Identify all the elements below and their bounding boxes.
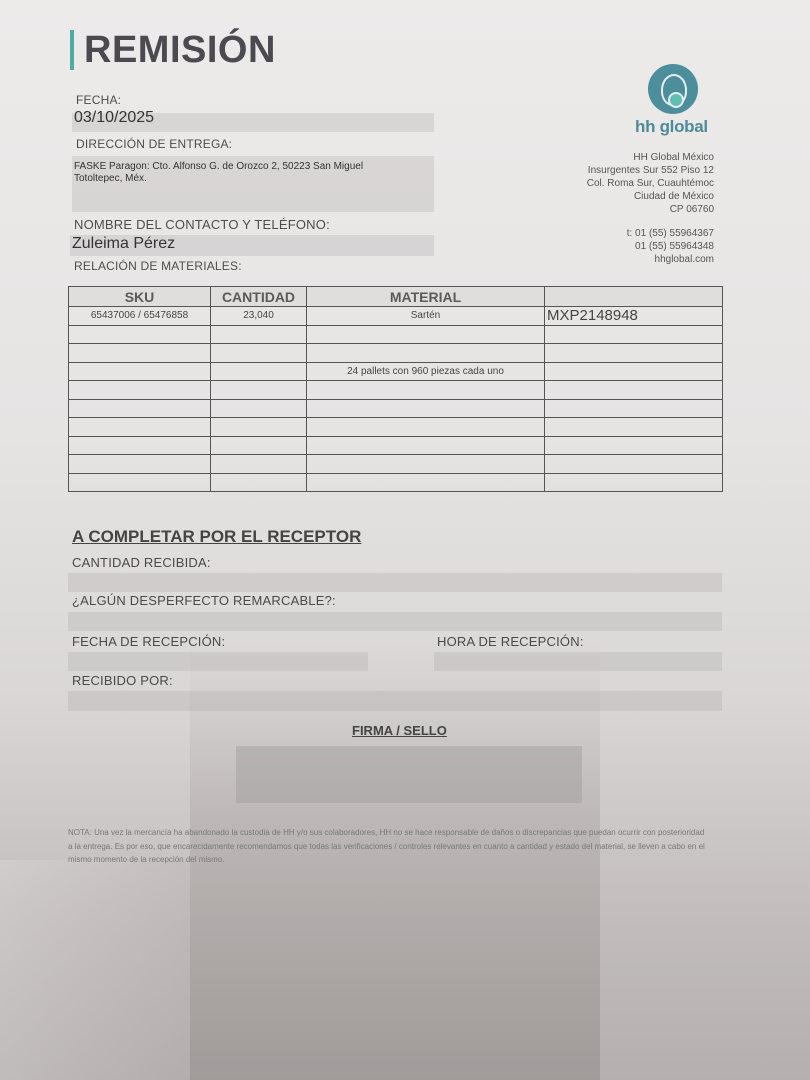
table-row bbox=[69, 325, 723, 344]
material-cell bbox=[307, 473, 545, 492]
sku-cell bbox=[69, 455, 211, 474]
material-cell bbox=[307, 399, 545, 418]
phone-1: t: 01 (55) 55964367 bbox=[627, 227, 714, 240]
code-cell bbox=[545, 362, 723, 381]
desperfecto-field[interactable] bbox=[68, 612, 722, 631]
material-cell bbox=[307, 455, 545, 474]
table-row bbox=[69, 455, 723, 474]
sku-cell bbox=[69, 381, 211, 400]
sku-cell bbox=[69, 344, 211, 363]
code-cell bbox=[545, 381, 723, 400]
materiales-label: RELACIÓN DE MATERIALES: bbox=[74, 259, 242, 273]
table-row: 24 pallets con 960 piezas cada uno bbox=[69, 362, 723, 381]
cantidad-cell: 23,040 bbox=[211, 307, 307, 326]
material-cell bbox=[307, 381, 545, 400]
signature-box[interactable] bbox=[236, 746, 582, 803]
cantidad-cell bbox=[211, 436, 307, 455]
address-line: CP 06760 bbox=[587, 203, 714, 216]
recibido-por-label: RECIBIDO POR: bbox=[72, 673, 173, 688]
firma-sello-label: FIRMA / SELLO bbox=[352, 723, 447, 738]
material-cell bbox=[307, 325, 545, 344]
sku-cell: 65437006 / 65476858 bbox=[69, 307, 211, 326]
code-cell bbox=[545, 473, 723, 492]
hora-recepcion-label: HORA DE RECEPCIÓN: bbox=[437, 634, 584, 649]
address-line: Col. Roma Sur, Cuauhtémoc bbox=[587, 177, 714, 190]
cantidad-recibida-label: CANTIDAD RECIBIDA: bbox=[72, 555, 211, 570]
cantidad-cell bbox=[211, 362, 307, 381]
sku-cell bbox=[69, 325, 211, 344]
company-contact: t: 01 (55) 55964367 01 (55) 55964348 hhg… bbox=[627, 227, 714, 266]
table-row bbox=[69, 418, 723, 437]
contacto-value: Zuleima Pérez bbox=[72, 235, 175, 253]
code-cell bbox=[545, 399, 723, 418]
material-cell bbox=[307, 436, 545, 455]
address-line: Ciudad de México bbox=[587, 190, 714, 203]
direccion-line1: FASKE Paragon: Cto. Alfonso G. de Orozco… bbox=[74, 161, 363, 172]
recibido-por-field[interactable] bbox=[68, 691, 722, 711]
phone-2: 01 (55) 55964348 bbox=[627, 240, 714, 253]
header-code bbox=[545, 287, 723, 307]
table-row bbox=[69, 473, 723, 492]
receptor-section-title: A COMPLETAR POR EL RECEPTOR bbox=[72, 527, 361, 547]
sku-cell bbox=[69, 399, 211, 418]
code-cell bbox=[545, 455, 723, 474]
hh-global-logo-icon bbox=[648, 64, 698, 114]
material-cell: Sartén bbox=[307, 307, 545, 326]
code-cell: MXP2148948 bbox=[545, 307, 723, 326]
photo-shadow-left bbox=[0, 860, 190, 1080]
address-line: Insurgentes Sur 552 Piso 12 bbox=[587, 164, 714, 177]
material-cell bbox=[307, 418, 545, 437]
cantidad-cell bbox=[211, 455, 307, 474]
brand-name: hh global bbox=[635, 117, 708, 137]
cantidad-cell bbox=[211, 399, 307, 418]
cantidad-cell bbox=[211, 325, 307, 344]
material-cell bbox=[307, 344, 545, 363]
code-cell bbox=[545, 344, 723, 363]
cantidad-cell bbox=[211, 418, 307, 437]
cantidad-cell bbox=[211, 344, 307, 363]
hora-recepcion-field[interactable] bbox=[434, 652, 722, 671]
table-row bbox=[69, 344, 723, 363]
sku-cell bbox=[69, 418, 211, 437]
table-row bbox=[69, 399, 723, 418]
table-row: 65437006 / 6547685823,040SarténMXP214894… bbox=[69, 307, 723, 326]
header-sku: SKU bbox=[69, 287, 211, 307]
table-row bbox=[69, 436, 723, 455]
cantidad-recibida-field[interactable] bbox=[68, 573, 722, 592]
direccion-line2: Totoltepec, Méx. bbox=[74, 173, 147, 184]
code-cell bbox=[545, 325, 723, 344]
fecha-value: 03/10/2025 bbox=[74, 109, 154, 127]
company-address: HH Global México Insurgentes Sur 552 Pis… bbox=[587, 151, 714, 216]
header-material: MATERIAL bbox=[307, 287, 545, 307]
cantidad-cell bbox=[211, 381, 307, 400]
table-header-row: SKU CANTIDAD MATERIAL bbox=[69, 287, 723, 307]
fecha-recepcion-label: FECHA DE RECEPCIÓN: bbox=[72, 634, 225, 649]
header-cantidad: CANTIDAD bbox=[211, 287, 307, 307]
website: hhglobal.com bbox=[627, 253, 714, 266]
code-cell bbox=[545, 418, 723, 437]
fecha-recepcion-field[interactable] bbox=[68, 652, 368, 671]
code-cell bbox=[545, 436, 723, 455]
material-cell: 24 pallets con 960 piezas cada uno bbox=[307, 362, 545, 381]
cantidad-cell bbox=[211, 473, 307, 492]
materials-table: SKU CANTIDAD MATERIAL 65437006 / 6547685… bbox=[68, 286, 723, 492]
desperfecto-label: ¿ALGÚN DESPERFECTO REMARCABLE?: bbox=[72, 593, 336, 608]
sku-cell bbox=[69, 362, 211, 381]
table-row bbox=[69, 381, 723, 400]
sku-cell bbox=[69, 436, 211, 455]
contacto-label: NOMBRE DEL CONTACTO Y TELÉFONO: bbox=[74, 217, 330, 232]
sku-cell bbox=[69, 473, 211, 492]
fecha-label: FECHA: bbox=[76, 93, 121, 107]
document-title: REMISIÓN bbox=[70, 30, 276, 70]
direccion-label: DIRECCIÓN DE ENTREGA: bbox=[76, 137, 232, 151]
disclaimer-note: NOTA: Una vez la mercancía ha abandonado… bbox=[68, 826, 708, 867]
address-line: HH Global México bbox=[587, 151, 714, 164]
